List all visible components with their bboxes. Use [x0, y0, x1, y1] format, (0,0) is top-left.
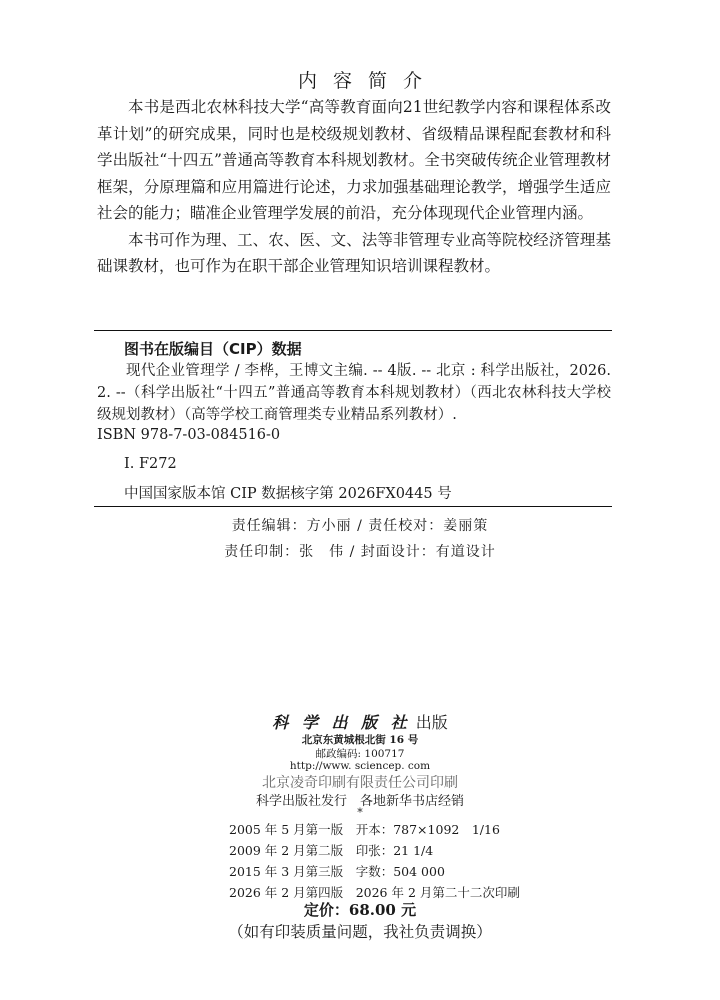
edition-spec: 印张：21 1/4: [356, 843, 434, 858]
publisher-name: 科 学 出 版 社: [272, 713, 410, 732]
edition-text: 2009 年 2 月第二版: [229, 843, 343, 858]
quality-notice: （如有印装质量问题，我社负责调换）: [0, 920, 720, 942]
summary-paragraph-1: 本书是西北农林科技大学“高等教育面向21世纪教学内容和课程体系改革计划”的研究成…: [97, 94, 611, 227]
edition-row: 2015 年 3 月第三版 字数：504 000: [229, 862, 445, 880]
publisher-suffix: 出版: [416, 713, 448, 732]
summary-paragraph-2: 本书可作为理、工、农、医、文、法等非管理专业高等院校经济管理基础课教材，也可作为…: [97, 227, 611, 280]
cip-record-text: 现代企业管理学 / 李桦，王博文主编. -- 4版. -- 北京 : 科学出版社…: [97, 360, 611, 426]
cip-classification: Ⅰ. F272: [124, 456, 177, 472]
edition-text: 2026 年 2 月第四版: [229, 885, 343, 900]
cip-heading: 图书在版编目（CIP）数据: [124, 338, 302, 359]
cip-record: 现代企业管理学 / 李桦，王博文主编. -- 4版. -- 北京 : 科学出版社…: [97, 360, 611, 426]
divider-top: [94, 330, 612, 331]
publisher-address: 北京东黄城根北街 16 号: [0, 732, 720, 747]
summary: 本书是西北农林科技大学“高等教育面向21世纪教学内容和课程体系改革计划”的研究成…: [97, 94, 611, 280]
edition-spec: 开本：787×1092 1/16: [356, 822, 500, 837]
separator-star: *: [0, 806, 720, 819]
publisher-line: 科 学 出 版 社 出版: [0, 710, 720, 733]
cip-isbn: ISBN 978-7-03-084516-0: [97, 427, 280, 443]
price: 定价：68.00 元: [0, 899, 720, 920]
cip-verification: 中国国家版本馆 CIP 数据核字第 2026FX0445 号: [124, 482, 452, 503]
edition-text: 2015 年 3 月第三版: [229, 864, 343, 879]
edition-spec: 2026 年 2 月第二十二次印刷: [356, 885, 520, 900]
credits-production: 责任印制：张 伟 / 封面设计：有道设计: [0, 541, 720, 561]
credits-editors: 责任编辑：方小丽 / 责任校对：姜丽策: [0, 515, 720, 535]
publisher-website: http://www. sciencep. com: [0, 760, 720, 772]
page-title: 内容简介: [0, 66, 720, 93]
edition-row: 2009 年 2 月第二版 印张：21 1/4: [229, 841, 433, 859]
edition-text: 2005 年 5 月第一版: [229, 822, 343, 837]
divider-bottom: [94, 506, 612, 507]
edition-row: 2005 年 5 月第一版 开本：787×1092 1/16: [229, 820, 500, 838]
publisher-postcode: 邮政编码: 100717: [0, 746, 720, 761]
printer: 北京凌奇印刷有限责任公司印刷: [0, 772, 720, 792]
edition-spec: 字数：504 000: [356, 864, 445, 879]
